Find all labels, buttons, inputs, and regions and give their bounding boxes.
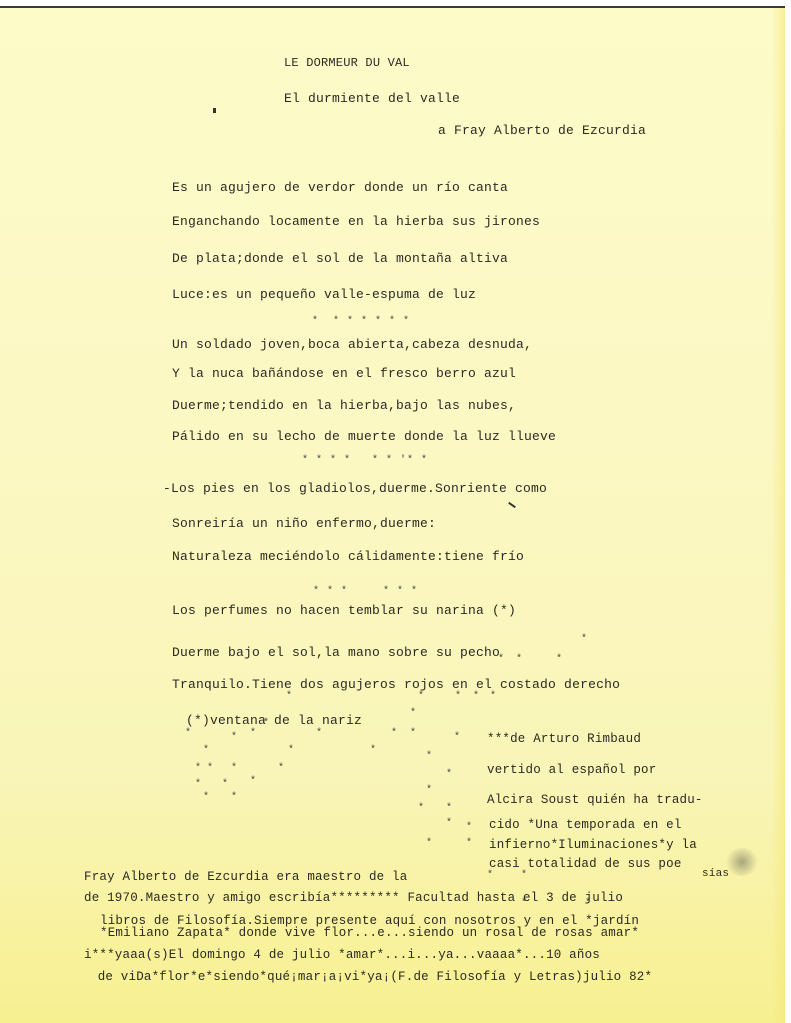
asterisk-mark: * [370, 745, 376, 756]
asterisk-mark: * [410, 708, 416, 719]
poem-line: De plata;donde el sol de la montaña alti… [172, 252, 508, 266]
poem-line: Luce:es un pequeño valle-espuma de luz [172, 288, 476, 302]
asterisk-mark: * [250, 776, 256, 787]
closing-line: *Emiliano Zapata* donde vive flor...e...… [100, 926, 639, 940]
asterisk-mark: * [446, 818, 452, 829]
asterisk-mark: * [288, 745, 294, 756]
asterisk-mark: * [207, 763, 213, 774]
stanza-separator: * * * * * * [313, 586, 418, 597]
poem-line: Y la nuca bañándose en el fresco berro a… [172, 367, 516, 381]
credit-line: sías [702, 869, 729, 880]
asterisk-mark: * [426, 785, 432, 796]
asterisk-mark: * [455, 691, 461, 702]
credit-line: cido *Una temporada en el [489, 818, 682, 832]
title-french: LE DORMEUR DU VAL [284, 56, 410, 70]
credit-line: ***de Arturo Rimbaud [487, 732, 641, 746]
poem-line: -Los pies en los gladiolos,duerme.Sonrie… [163, 482, 547, 496]
asterisk-mark: * [231, 792, 237, 803]
asterisk-mark: * [203, 745, 209, 756]
asterisk-mark: * [278, 763, 284, 774]
asterisk-mark: * [418, 803, 424, 814]
asterisk-mark: * [466, 838, 472, 849]
closing-line: de 1970.Maestro y amigo escribía********… [84, 891, 623, 905]
typewritten-page: LE DORMEUR DU VAL El durmiente del valle… [0, 6, 785, 1023]
asterisk-mark: * [454, 732, 460, 743]
asterisk-mark: * [185, 728, 191, 739]
dedication: a Fray Alberto de Ezcurdia [438, 124, 646, 138]
asterisk-mark: * [316, 728, 322, 739]
asterisk-mark: * [521, 870, 527, 881]
asterisk-mark: * [203, 792, 209, 803]
asterisk-mark: * [516, 654, 522, 665]
poem-line: Los perfumes no hacen temblar su narina … [172, 604, 516, 618]
credit-line: Alcira Soust quién ha tradu- [487, 793, 703, 807]
asterisk-mark: * [195, 763, 201, 774]
poem-line: Enganchando locamente en la hierba sus j… [172, 215, 540, 229]
footnote: (*)ventana de la nariz [186, 714, 362, 728]
asterisk-mark: * [426, 838, 432, 849]
asterisk-mark: * [466, 822, 472, 833]
closing-line: de viDa*flor*e*siendo*qué¡mar¡a¡vi*ya¡(F… [90, 970, 652, 984]
asterisk-mark: * [581, 634, 587, 645]
asterisk-mark: * [410, 728, 416, 739]
asterisk-mark: * [418, 691, 424, 702]
asterisk-mark: * [490, 691, 496, 702]
asterisk-mark: * [231, 732, 237, 743]
poem-line: Duerme bajo el sol,la mano sobre su pech… [172, 646, 500, 660]
poem-line: Naturaleza meciéndolo cálidamente:tiene … [172, 550, 524, 564]
title-spanish: El durmiente del valle [284, 92, 460, 106]
poem-line: Pálido en su lecho de muerte donde la lu… [172, 430, 556, 444]
asterisk-mark: * [556, 654, 562, 665]
stanza-separator: * * * * * * '* * [302, 455, 428, 466]
poem-line: Tranquilo.Tiene dos agujeros rojos en el… [172, 678, 620, 692]
ink-speck [213, 108, 216, 113]
ink-smudge [724, 848, 760, 876]
ink-stroke [508, 502, 516, 508]
asterisk-mark: * [473, 691, 479, 702]
asterisk-mark: * [231, 763, 237, 774]
asterisk-mark: * [222, 779, 228, 790]
asterisk-mark: * [426, 751, 432, 762]
stanza-separator: * * * * * * * [312, 316, 410, 327]
closing-line: Fray Alberto de Ezcurdia era maestro de … [84, 870, 407, 884]
asterisk-mark: * [286, 691, 292, 702]
closing-line: i***yaaa(s)El domingo 4 de julio *amar*.… [84, 948, 600, 962]
asterisk-mark: * [498, 654, 504, 665]
asterisk-mark: * [487, 870, 493, 881]
asterisk-mark: * [250, 728, 256, 739]
credit-line: infierno*Iluminaciones*y la [489, 838, 697, 852]
asterisk-mark: * [391, 728, 397, 739]
asterisk-mark: * [446, 769, 452, 780]
asterisk-mark: * [195, 779, 201, 790]
poem-line: Duerme;tendido en la hierba,bajo las nub… [172, 399, 516, 413]
credit-line: vertido al español por [487, 763, 656, 777]
poem-line: Un soldado joven,boca abierta,cabeza des… [172, 338, 532, 352]
credit-line: casi totalidad de sus poe [489, 857, 682, 871]
poem-line: Es un agujero de verdor donde un río can… [172, 181, 508, 195]
asterisk-mark: * [446, 803, 452, 814]
poem-line: Sonreiría un niño enfermo,duerme: [172, 517, 436, 531]
